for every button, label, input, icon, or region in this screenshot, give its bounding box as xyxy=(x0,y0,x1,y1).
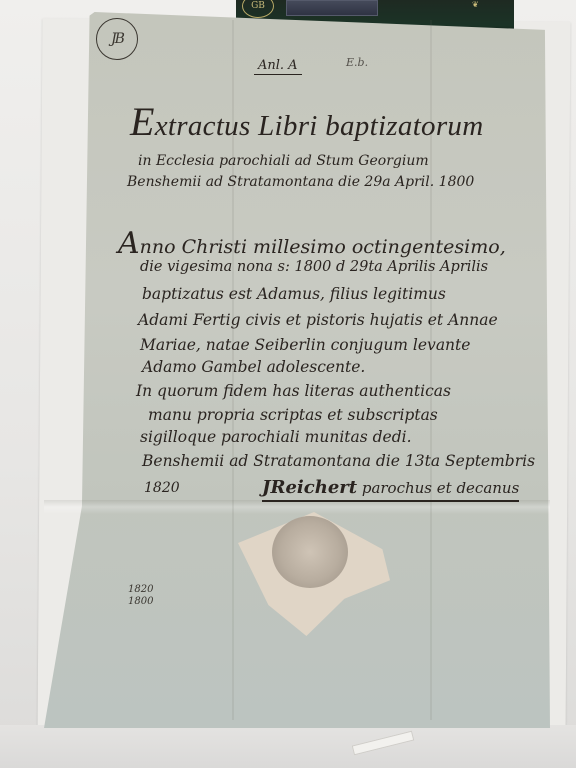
body-line-7: In quorum fidem has literas authenticas xyxy=(136,382,451,400)
body-line-year: 1820 xyxy=(144,480,180,496)
subtitle-line-2: Benshemii ad Stratamontana die 29a April… xyxy=(127,174,474,190)
document-text: JB Anl. A E.b. Extractus Libri baptizato… xyxy=(0,0,576,768)
body-line-4: Adami Fertig civis et pistoris hujatis e… xyxy=(138,311,498,329)
monogram-stamp-icon: JB xyxy=(96,18,138,60)
pencil-mark: E.b. xyxy=(346,56,368,69)
title-rest: xtractus Libri baptizatorum xyxy=(155,110,484,142)
subtitle-line-1: in Ecclesia parochiali ad Stum Georgium xyxy=(138,153,429,169)
signature: JReichert parochus et decanus xyxy=(262,477,519,502)
body-line-5: Mariae, natae Seiberlin conjugum levante xyxy=(140,336,470,354)
body-initial: A xyxy=(118,226,140,261)
body-line-9: sigilloque parochiali munitas dedi. xyxy=(140,428,412,446)
archive-note-line-1: 1820 xyxy=(128,584,153,596)
body-line-3: baptizatus est Adamus, filius legitimus xyxy=(142,285,446,303)
body-line-1: Anno Christi millesimo octingentesimo, xyxy=(118,226,506,261)
archive-note: 1820 1800 xyxy=(128,584,153,608)
body-line-6: Adamo Gambel adolescente. xyxy=(142,358,365,376)
signature-name: JReichert xyxy=(262,477,357,498)
body-line-8: manu propria scriptas et subscriptas xyxy=(148,406,438,424)
body-line-2: die vigesima nona s: 1800 d 29ta Aprilis… xyxy=(140,259,488,275)
title-initial: E xyxy=(130,99,155,144)
body-line-1-rest: nno Christi millesimo octingentesimo, xyxy=(140,236,506,258)
archive-note-line-2: 1800 xyxy=(128,596,153,608)
body-line-10: Benshemii ad Stratamontana die 13ta Sept… xyxy=(142,452,535,470)
document-title: Extractus Libri baptizatorum xyxy=(130,98,483,145)
signature-title: parochus et decanus xyxy=(362,479,519,497)
reference-mark: Anl. A xyxy=(254,58,302,75)
